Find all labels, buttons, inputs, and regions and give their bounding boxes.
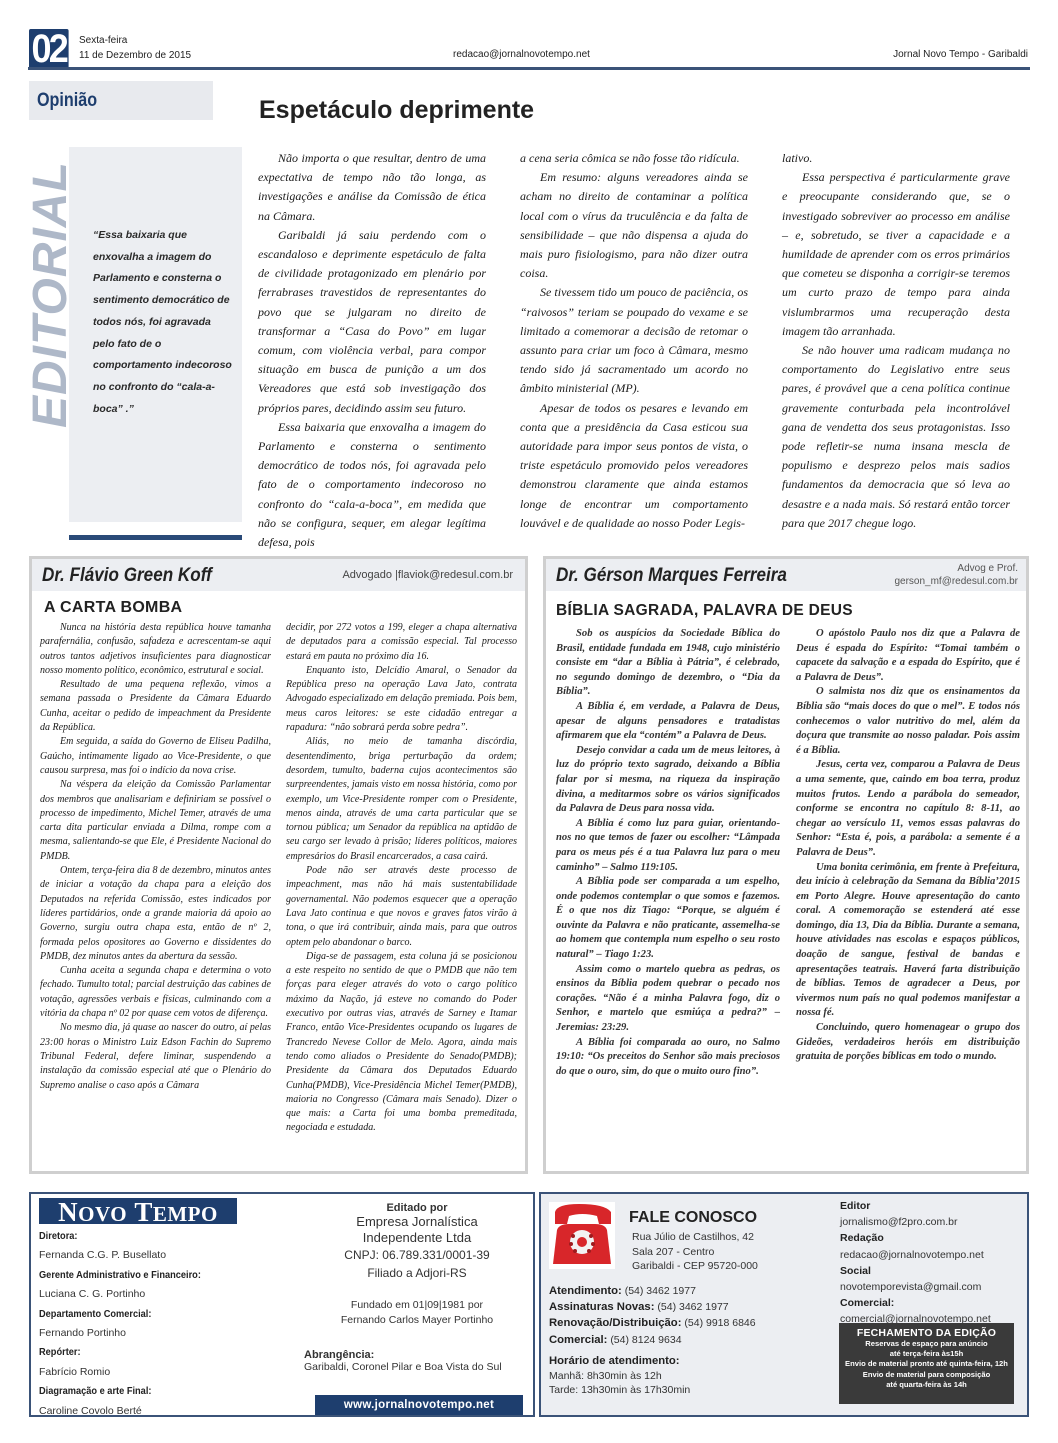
paragraph: Desejo convidar a cada um de meus leitor… (556, 744, 780, 817)
contact-title: FALE CONOSCO (629, 1209, 757, 1227)
paragraph: Nunca na história desta república houve … (40, 621, 271, 678)
paragraph: a cena seria cômica se não fosse tão rid… (520, 149, 748, 168)
paragraph: Garibaldi já saiu perdendo com o escanda… (258, 226, 486, 418)
staff-role: Departamento Comercial: (39, 1305, 201, 1324)
staff-role: Repórter: (39, 1343, 201, 1362)
paragraph: Aliás, no meio de tamanha discórdia, des… (286, 735, 517, 864)
staff-role: Diagramação e arte Final: (39, 1382, 201, 1401)
phone-row: Assinaturas Novas: (54) 3462 1977 (549, 1299, 756, 1315)
edited-by-label: Editado por (307, 1202, 527, 1214)
paragraph: Pode não ser através deste processo de i… (286, 864, 517, 950)
column-text-1: Nunca na história desta república houve … (40, 621, 271, 1093)
paragraph: A Bíblia é, em verdade, a Palavra de Deu… (556, 700, 780, 744)
header-rule (28, 67, 1030, 70)
company-name-2: Independente Ltda (307, 1230, 527, 1246)
website-link[interactable]: www.jornalnovotempo.net (315, 1395, 523, 1415)
paragraph: A Bíblia é como luz para guiar, orientan… (556, 817, 780, 875)
affiliation: Filiado a Adjori-RS (307, 1264, 527, 1282)
pull-quote-box: “Essa baixaria que enxovalha a imagem do… (69, 147, 242, 522)
section-label: Opinião (37, 90, 97, 112)
editorial-headline: Espetáculo deprimente (259, 96, 534, 125)
paragraph: Jesus, certa vez, comparou a Palavra de … (796, 758, 1020, 860)
paragraph: Diga-se de passagem, esta coluna já se p… (286, 950, 517, 1136)
coverage: Abrangência: Garibaldi, Coronel Pilar e … (304, 1349, 502, 1373)
paragraph: Enquanto isto, Delcídio Amaral, o Senado… (286, 664, 517, 735)
novo-tempo-logo: NOVO TEMPO (39, 1198, 237, 1224)
staff-name: Luciana C. G. Portinho (39, 1285, 223, 1304)
staff-name: Fernanda C.G. P. Busellato (39, 1246, 223, 1265)
staff-list: Diretora: Fernanda C.G. P. Busellato Ger… (39, 1227, 223, 1421)
editorial-label: EDITORIAL (26, 228, 76, 428)
phone-row: Renovação/Distribuição: (54) 9918 6846 (549, 1315, 756, 1331)
editorial-column-3: lativo. Essa perspectiva é particularmen… (782, 149, 1010, 533)
masthead-box: NOVO TEMPO Diretora: Fernanda C.G. P. Bu… (29, 1192, 535, 1417)
founder-name: Fernando Carlos Mayer Portinho (307, 1313, 527, 1328)
paragraph: Essa perspectiva é particularmente grave… (782, 168, 1010, 341)
column-title: A CARTA BOMBA (44, 599, 182, 617)
editorial-column-1: Não importa o que resultar, dentro de um… (258, 149, 486, 552)
paragraph: Em resumo: alguns vereadores ainda se ac… (520, 168, 748, 283)
paragraph: Se tivessem tido um pouco de paciência, … (520, 283, 748, 398)
contact-address: Rua Júlio de Castilhos, 42 Sala 207 - Ce… (632, 1230, 758, 1274)
quote-rule (69, 535, 242, 540)
editorial-column-2: a cena seria cômica se não fosse tão rid… (520, 149, 748, 533)
page-number: 02 (29, 29, 69, 69)
office-hours: Horário de atendimento: Manhã: 8h30min à… (549, 1354, 690, 1398)
paragraph: Na véspera da eleição da Comissão Parlam… (40, 778, 271, 864)
paragraph: O salmista nos diz que os ensinamentos d… (796, 685, 1020, 758)
pull-quote: “Essa baixaria que enxovalha a imagem do… (93, 225, 233, 420)
header-email[interactable]: redacao@jornalnovotempo.net (453, 49, 590, 60)
column-title: BÍBLIA SAGRADA, PALAVRA DE DEUS (556, 602, 853, 620)
author-meta: Advogado |flaviok@redesul.com.br (342, 569, 513, 581)
paragraph: Ontem, terça-feira dia 8 de dezembro, mi… (40, 864, 271, 964)
paragraph: Resultado de uma pequena reflexão, vimos… (40, 678, 271, 735)
paragraph: No mesmo dia, já quase ao nascer do outr… (40, 1021, 271, 1092)
author-name: Dr. Flávio Green Koff (42, 565, 212, 587)
column-header: Dr. Gérson Marques Ferreira Advog e Prof… (546, 559, 1026, 591)
paragraph: A Bíblia foi comparada ao ouro, no Salmo… (556, 1036, 780, 1080)
email-link[interactable]: redacao@jornalnovotempo.net (840, 1247, 991, 1263)
section-tag: Opinião (29, 81, 213, 120)
staff-role: Gerente Administrativo e Financeiro: (39, 1266, 201, 1285)
staff-name: Fernando Portinho (39, 1324, 223, 1343)
paragraph: decidir, por 272 votos a 199, eleger a c… (286, 621, 517, 664)
header-paper-name: Jornal Novo Tempo - Garibaldi (893, 49, 1028, 60)
coverage-value: Garibaldi, Coronel Pilar e Boa Vista do … (304, 1361, 502, 1373)
company-name: Empresa Jornalística (307, 1214, 527, 1230)
founded-line: Fundado em 01|09|1981 por (307, 1298, 527, 1313)
author-name: Dr. Gérson Marques Ferreira (556, 565, 787, 587)
paragraph: A Bíblia pode ser comparada a um espelho… (556, 875, 780, 963)
header-date: 11 de Dezembro de 2015 (79, 50, 191, 61)
author-meta: Advog e Prof. gerson_mf@redesul.com.br (894, 562, 1018, 588)
closing-title: FECHAMENTO DA EDIÇÃO (839, 1327, 1014, 1339)
header-weekday: Sexta-feira (79, 35, 127, 46)
opinion-column-left: Dr. Flávio Green Koff Advogado |flaviok@… (29, 556, 528, 1174)
opinion-column-right: Dr. Gérson Marques Ferreira Advog e Prof… (543, 556, 1029, 1174)
column-text-2: O apóstolo Paulo nos diz que a Palavra d… (796, 627, 1020, 1065)
cnpj: CNPJ: 06.789.331/0001-39 (307, 1246, 527, 1264)
paragraph: Em seguida, a saída do Governo de Eliseu… (40, 735, 271, 778)
paragraph: Cunha aceita a segunda chapa e determina… (40, 964, 271, 1021)
coverage-label: Abrangência: (304, 1349, 374, 1361)
paragraph: Sob os auspícios da Sociedade Bíblica do… (556, 627, 780, 700)
telephone-icon (549, 1202, 615, 1269)
paragraph: Assim como o martelo quebra as pedras, o… (556, 963, 780, 1036)
paragraph: Não importa o que resultar, dentro de um… (258, 149, 486, 226)
phone-row: Comercial: (54) 8124 9634 (549, 1332, 756, 1348)
paragraph: O apóstolo Paulo nos diz que a Palavra d… (796, 627, 1020, 685)
email-link[interactable]: novotemporevista@gmail.com (840, 1279, 991, 1295)
column-text-1: Sob os auspícios da Sociedade Bíblica do… (556, 627, 780, 1079)
phone-list: Atendimento: (54) 3462 1977 Assinaturas … (549, 1283, 756, 1348)
column-header: Dr. Flávio Green Koff Advogado |flaviok@… (32, 559, 525, 591)
paragraph: Apesar de todos os pesares e levando em … (520, 399, 748, 533)
paragraph: Essa baixaria que enxovalha a imagem do … (258, 418, 486, 552)
paragraph: Uma bonita cerimônia, em frente à Prefei… (796, 861, 1020, 1022)
publisher-info: Editado por Empresa Jornalística Indepen… (307, 1202, 527, 1328)
column-text-2: decidir, por 272 votos a 199, eleger a c… (286, 621, 517, 1136)
phone-row: Atendimento: (54) 3462 1977 (549, 1283, 756, 1299)
paragraph: lativo. (782, 149, 1010, 168)
contact-box: FALE CONOSCO Rua Júlio de Castilhos, 42 … (539, 1192, 1029, 1417)
edition-closing-box: FECHAMENTO DA EDIÇÃO Reservas de espaço … (839, 1323, 1014, 1404)
paragraph: Concluindo, quero homenagear o grupo dos… (796, 1021, 1020, 1065)
email-list: Editorjornalismo@f2pro.com.br Redaçãored… (840, 1198, 991, 1328)
staff-name: Fabrício Romio (39, 1363, 223, 1382)
paragraph: Se não houver uma radicam mudança no com… (782, 341, 1010, 533)
email-link[interactable]: jornalismo@f2pro.com.br (840, 1214, 991, 1230)
staff-name: Caroline Covolo Berté (39, 1402, 223, 1421)
staff-role: Diretora: (39, 1227, 201, 1246)
